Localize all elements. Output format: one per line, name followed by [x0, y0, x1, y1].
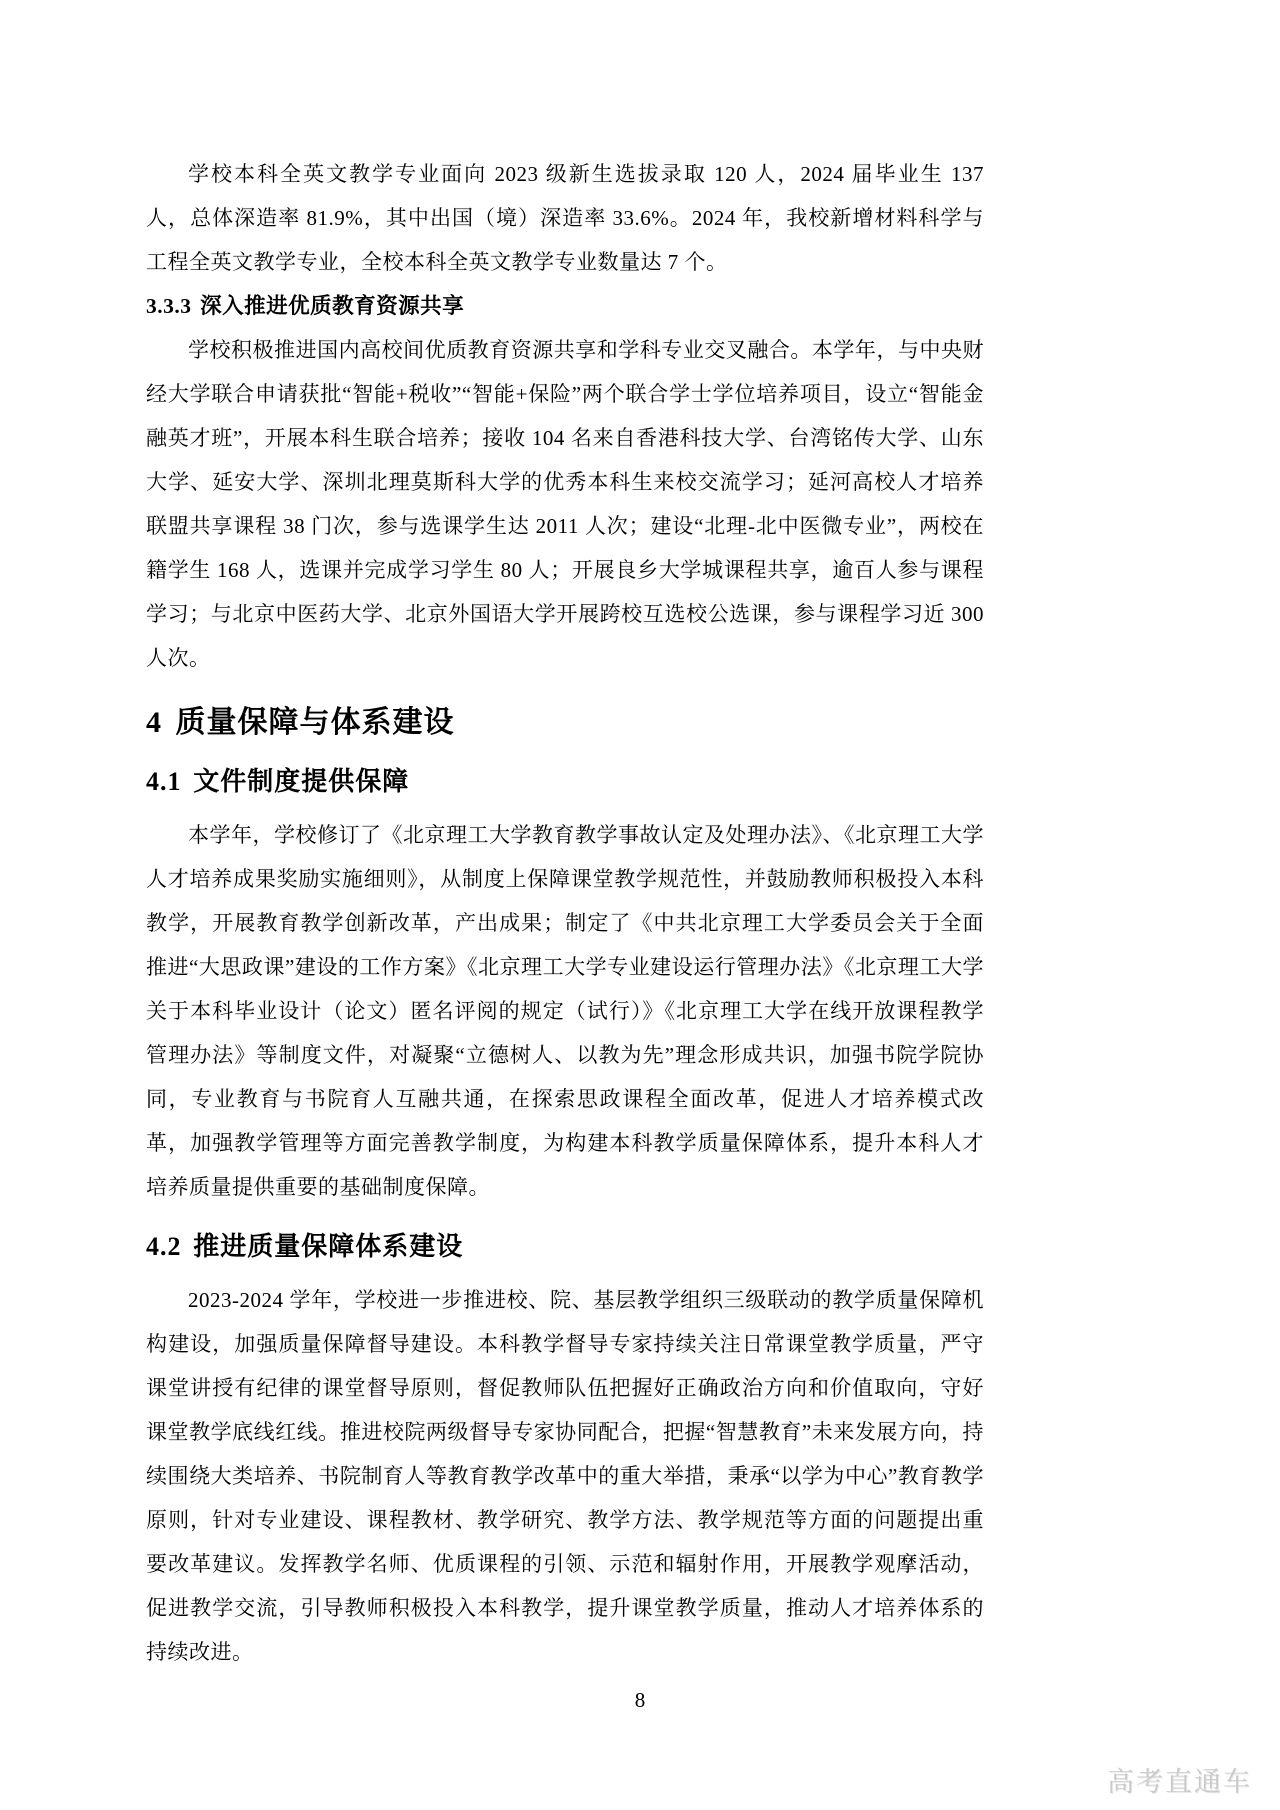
- heading-chapter-4: 4质量保障与体系建设: [146, 702, 984, 744]
- document-content: 学校本科全英文教学专业面向 2023 级新生选拔录取 120 人，2024 届毕…: [146, 152, 984, 1674]
- heading-4-2-title: 推进质量保障体系建设: [193, 1231, 463, 1261]
- paragraph-english-program: 学校本科全英文教学专业面向 2023 级新生选拔录取 120 人，2024 届毕…: [146, 152, 984, 284]
- document-page: 学校本科全英文教学专业面向 2023 级新生选拔录取 120 人，2024 届毕…: [0, 0, 1280, 1810]
- heading-chapter-4-title: 质量保障与体系建设: [176, 706, 455, 739]
- heading-chapter-4-number: 4: [146, 706, 162, 739]
- paragraph-document-system: 本学年，学校修订了《北京理工大学教育教学事故认定及处理办法》、《北京理工大学人才…: [146, 813, 984, 1209]
- heading-3-3-3-number: 3.3.3: [146, 294, 192, 318]
- heading-3-3-3-title: 深入推进优质教育资源共享: [200, 294, 464, 318]
- heading-4-2-number: 4.2: [146, 1232, 182, 1261]
- heading-4-1-title: 文件制度提供保障: [193, 766, 409, 796]
- heading-4-1-number: 4.1: [146, 767, 182, 796]
- watermark: 高考直通车: [1107, 1760, 1252, 1799]
- heading-3-3-3: 3.3.3深入推进优质教育资源共享: [146, 284, 984, 328]
- heading-4-1: 4.1文件制度提供保障: [146, 762, 984, 801]
- heading-4-2: 4.2推进质量保障体系建设: [146, 1227, 984, 1266]
- paragraph-quality-assurance: 2023-2024 学年，学校进一步推进校、院、基层教学组织三级联动的教学质量保…: [146, 1278, 984, 1674]
- paragraph-resource-sharing: 学校积极推进国内高校间优质教育资源共享和学科专业交叉融合。本学年，与中央财经大学…: [146, 328, 984, 680]
- page-number: 8: [0, 1688, 1280, 1713]
